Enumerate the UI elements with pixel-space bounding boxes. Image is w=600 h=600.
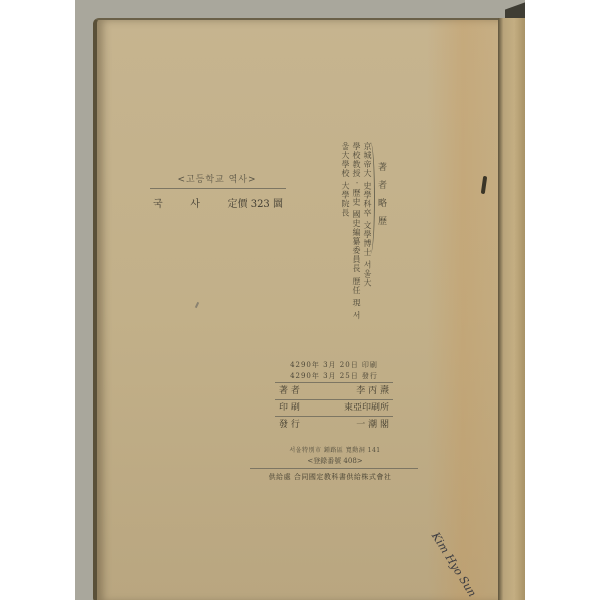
distributor: 供給處 合同國定教科書供給株式會社: [240, 472, 420, 482]
divider: [250, 468, 418, 469]
registration-number: <登錄番號 408>: [276, 456, 394, 466]
author-label: 著 者: [279, 383, 300, 399]
book-spine: [498, 18, 525, 600]
author-bio-line: 學校教授 · 歷史 國史編纂委員長 歷任 現 서: [351, 142, 361, 320]
author-row: 著 者 李 丙 燾: [275, 382, 393, 400]
colophon-block: 4290年 3月 20日 印刷 4290年 3月 25日 發行 著 者 李 丙 …: [275, 360, 393, 433]
printer-row: 印 刷 東亞印刷所: [275, 400, 393, 417]
printer-label: 印 刷: [279, 400, 300, 416]
publish-date: 4290年 3月 25日 發行: [275, 371, 393, 382]
publisher-row: 發 行 一 潮 閣: [275, 417, 393, 433]
subject-label: 국: [153, 195, 163, 210]
price-label: 定價 323 圜: [228, 195, 283, 210]
subject-price-line: 국 사 定價 323 圜: [153, 195, 283, 210]
publisher-address: 서울特別市 鍾路區 寬勳洞 141: [276, 445, 394, 454]
print-date: 4290年 3月 20日 印刷: [275, 360, 393, 371]
book-page: [93, 18, 517, 600]
subject-label-2: 사: [190, 195, 200, 210]
author-name: 李 丙 燾: [356, 383, 389, 399]
author-bio-line: 울大學校 大學院長: [340, 142, 350, 218]
printer-name: 東亞印刷所: [344, 400, 389, 416]
textbook-series-title: <고등학교 역사>: [162, 172, 272, 185]
divider: [150, 188, 286, 189]
author-bio-title: 著者略歷: [375, 162, 388, 234]
publisher-label: 發 行: [279, 417, 300, 433]
bracket: [366, 142, 375, 254]
publisher-name: 一 潮 閣: [356, 417, 389, 433]
